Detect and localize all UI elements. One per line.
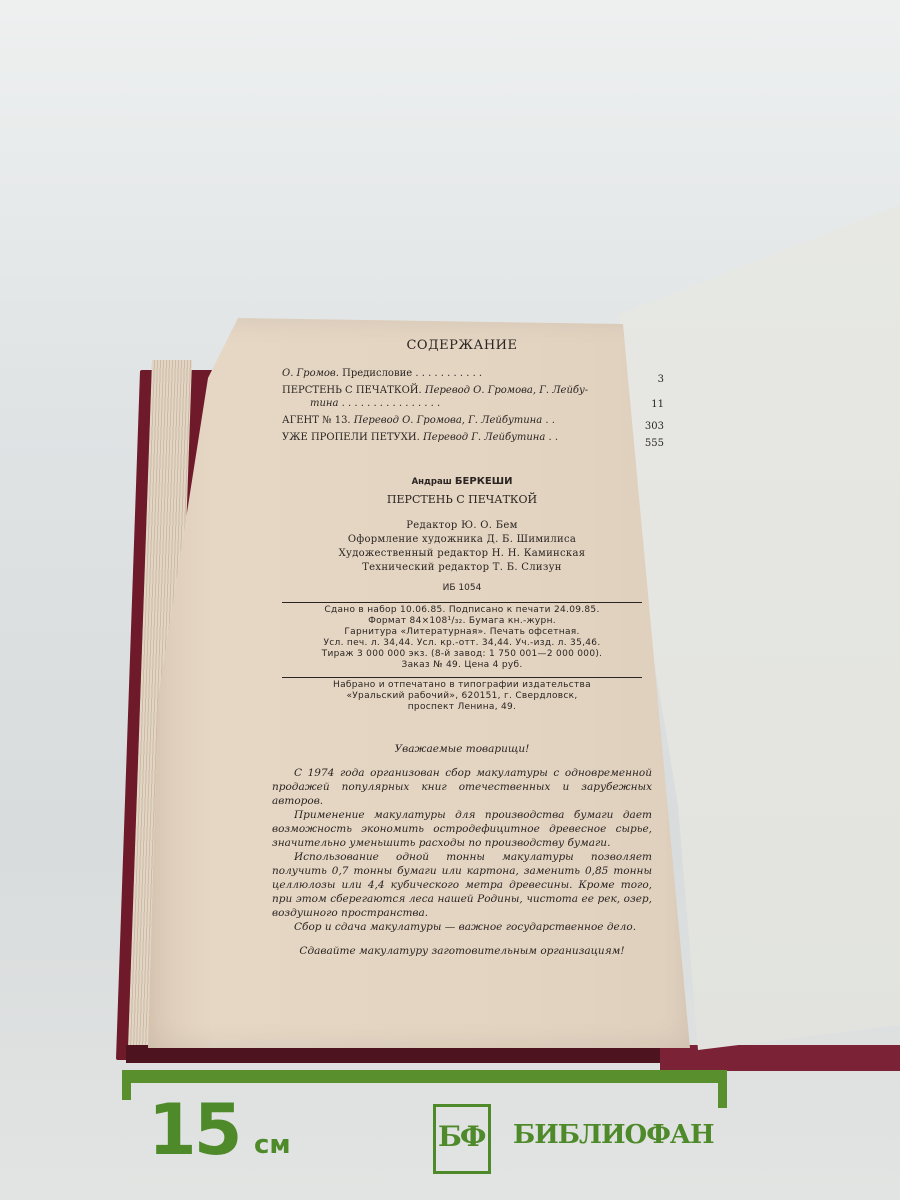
- toc-title-text: АГЕНТ № 13.: [282, 415, 351, 426]
- tech-line: Сдано в набор 10.06.85. Подписано к печа…: [282, 605, 642, 616]
- divider: [282, 602, 642, 603]
- tech-line: Гарнитура «Литературная». Печать офсетна…: [282, 627, 642, 638]
- toc-title-text: УЖЕ ПРОПЕЛИ ПЕТУХИ.: [282, 432, 420, 443]
- printer-line: Набрано и отпечатано в типографии издате…: [282, 680, 642, 691]
- book-author: Андраш БЕРКЕШИ: [282, 474, 642, 490]
- author-first-name: Андраш: [412, 477, 452, 487]
- ib-number: ИБ 1054: [282, 581, 642, 596]
- book-cover-right-edge: [660, 1045, 900, 1071]
- appeal-heading: Уважаемые товарищи!: [272, 742, 652, 756]
- ruler-unit: см: [254, 1130, 291, 1160]
- appeal-paragraph: Использование одной тонны макулатуры поз…: [272, 850, 652, 920]
- tech-details: Сдано в набор 10.06.85. Подписано к печа…: [282, 605, 642, 671]
- appeal-paragraph: С 1974 года организован сбор макулатуры …: [272, 766, 652, 808]
- credit-line: Редактор Ю. О. Бем: [282, 519, 642, 533]
- divider: [282, 677, 642, 678]
- ruler-bar: [122, 1070, 727, 1083]
- toc-translator: Перевод О. Громова, Г. Лейбутина: [354, 415, 542, 426]
- book-title: ПЕРСТЕНЬ С ПЕЧАТКОЙ: [282, 492, 642, 507]
- toc-entry: ПЕРСТЕНЬ С ПЕЧАТКОЙ. Перевод О. Громова,…: [282, 384, 642, 410]
- toc-title-text: Предисловие: [342, 368, 412, 379]
- tech-line: Усл. печ. л. 34,44. Усл. кр.-отт. 34,44.…: [282, 638, 642, 649]
- tech-line: Формат 84×108¹/₃₂. Бумага кн.-журн.: [282, 616, 642, 627]
- page-content: СОДЕРЖАНИЕ О. Громов. Предисловие . . . …: [282, 338, 642, 713]
- toc-page: 11: [651, 398, 664, 411]
- credits: Редактор Ю. О. Бем Оформление художника …: [282, 519, 642, 575]
- credit-line: Оформление художника Д. Б. Шимилиса: [282, 533, 642, 547]
- toc-entry: УЖЕ ПРОПЕЛИ ПЕТУХИ. Перевод Г. Лейбутина…: [282, 431, 642, 444]
- toc-title-text: ПЕРСТЕНЬ С ПЕЧАТКОЙ.: [282, 385, 422, 396]
- imprint-block: Андраш БЕРКЕШИ ПЕРСТЕНЬ С ПЕЧАТКОЙ Редак…: [282, 474, 642, 713]
- printer-line: «Уральский рабочий», 620151, г. Свердлов…: [282, 691, 642, 702]
- ruler-tick-left: [122, 1070, 131, 1100]
- appeal-closing: Сдавайте макулатуру заготовительным орга…: [272, 944, 652, 958]
- ruler-value: 15: [148, 1090, 239, 1170]
- toc-translator: Перевод Г. Лейбутина: [423, 432, 545, 443]
- author-last-name: БЕРКЕШИ: [455, 476, 513, 487]
- toc-page: 303: [645, 420, 664, 433]
- toc-continuation: тина: [310, 398, 338, 409]
- toc-translator: Перевод О. Громова, Г. Лейбу-: [425, 385, 588, 396]
- toc-author: О. Громов.: [282, 368, 339, 379]
- credit-line: Технический редактор Т. Б. Слизун: [282, 561, 642, 575]
- toc-page: 555: [645, 437, 664, 450]
- credit-line: Художественный редактор Н. Н. Каминская: [282, 547, 642, 561]
- ruler-tick-right: [718, 1070, 727, 1108]
- toc-title: СОДЕРЖАНИЕ: [282, 338, 642, 353]
- toc-page: 3: [658, 373, 664, 386]
- printer-line: проспект Ленина, 49.: [282, 702, 642, 713]
- logo-letters: БФ: [438, 1120, 485, 1153]
- appeal-paragraph: Сбор и сдача макулатуры — важное государ…: [272, 920, 652, 934]
- recycling-appeal: Уважаемые товарищи! С 1974 года организо…: [272, 742, 652, 958]
- appeal-paragraph: Применение макулатуры для производства б…: [272, 808, 652, 850]
- toc-entry: АГЕНТ № 13. Перевод О. Громова, Г. Лейбу…: [282, 414, 642, 427]
- brand-name: БИБЛИОФАН: [513, 1120, 714, 1150]
- printer-details: Набрано и отпечатано в типографии издате…: [282, 680, 642, 713]
- toc-entry: О. Громов. Предисловие . . . . . . . . .…: [282, 367, 642, 380]
- tech-line: Тираж 3 000 000 экз. (8-й завод: 1 750 0…: [282, 649, 642, 660]
- tech-line: Заказ № 49. Цена 4 руб.: [282, 660, 642, 671]
